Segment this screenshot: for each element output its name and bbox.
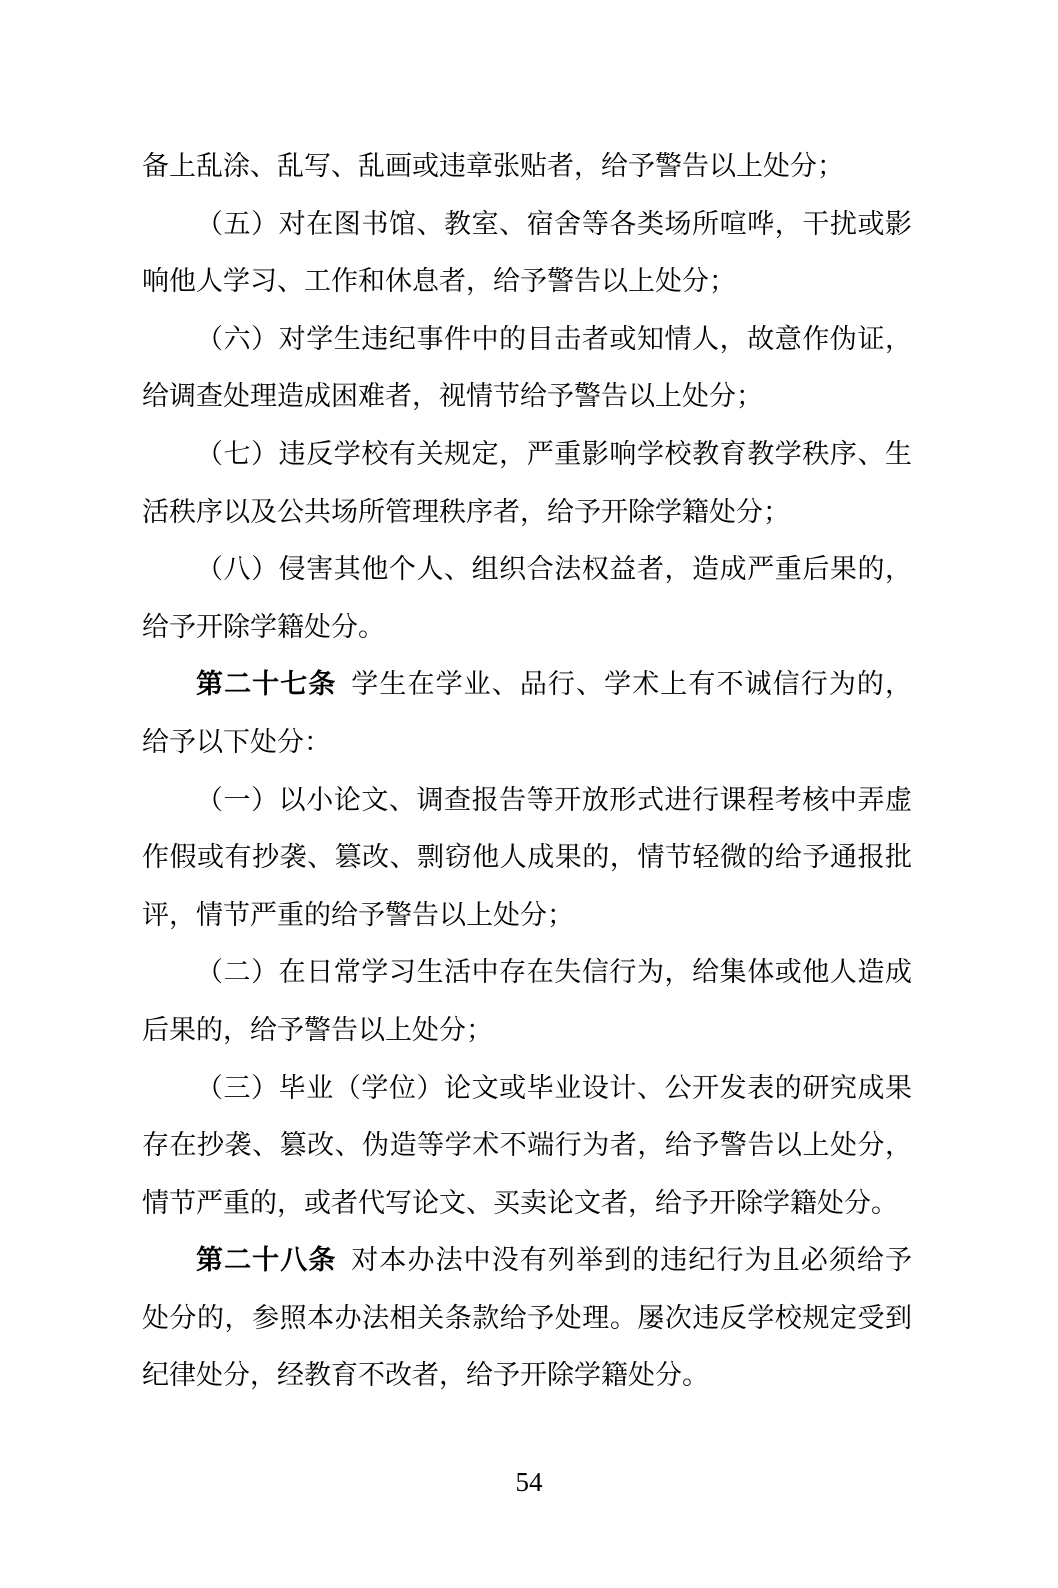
text-line: （二）在日常学习生活中存在失信行为，给集体或他人造成	[142, 944, 912, 1002]
text-line: （七）违反学校有关规定，严重影响学校教育教学秩序、生	[142, 426, 912, 484]
article-heading-line: 第二十七条学生在学业、品行、学术上有不诚信行为的，	[142, 656, 912, 714]
text-line: 活秩序以及公共场所管理秩序者，给予开除学籍处分；	[142, 484, 912, 542]
text-line: 后果的，给予警告以上处分；	[142, 1002, 912, 1060]
text-line: （六）对学生违纪事件中的目击者或知情人，故意作伪证，	[142, 311, 912, 369]
text-line: （八）侵害其他个人、组织合法权益者，造成严重后果的，	[142, 541, 912, 599]
document-body: 备上乱涂、乱写、乱画或违章张贴者，给予警告以上处分；（五）对在图书馆、教室、宿舍…	[142, 138, 912, 1405]
text-line: （五）对在图书馆、教室、宿舍等各类场所喧哗，干扰或影	[142, 196, 912, 254]
text-line: 给予以下处分：	[142, 714, 912, 772]
article-number: 第二十八条	[196, 1245, 336, 1275]
text-line: 评，情节严重的给予警告以上处分；	[142, 887, 912, 945]
text-line: 作假或有抄袭、篡改、剽窃他人成果的，情节轻微的给予通报批	[142, 829, 912, 887]
text-line: 备上乱涂、乱写、乱画或违章张贴者，给予警告以上处分；	[142, 138, 912, 196]
article-heading-text: 学生在学业、品行、学术上有不诚信行为的，	[351, 669, 912, 699]
text-line: 响他人学习、工作和休息者，给予警告以上处分；	[142, 253, 912, 311]
article-number: 第二十七条	[196, 669, 336, 699]
text-line: （三）毕业（学位）论文或毕业设计、公开发表的研究成果	[142, 1060, 912, 1118]
article-heading-line: 第二十八条对本办法中没有列举到的违纪行为且必须给予	[142, 1232, 912, 1290]
article-heading-text: 对本办法中没有列举到的违纪行为且必须给予	[351, 1245, 912, 1275]
text-line: 处分的，参照本办法相关条款给予处理。屡次违反学校规定受到	[142, 1290, 912, 1348]
text-line: 存在抄袭、篡改、伪造等学术不端行为者，给予警告以上处分，	[142, 1117, 912, 1175]
page-number: 54	[0, 1462, 1058, 1502]
document-page: 备上乱涂、乱写、乱画或违章张贴者，给予警告以上处分；（五）对在图书馆、教室、宿舍…	[0, 0, 1058, 1588]
text-line: 给予开除学籍处分。	[142, 599, 912, 657]
text-line: （一）以小论文、调查报告等开放形式进行课程考核中弄虚	[142, 772, 912, 830]
text-line: 情节严重的，或者代写论文、买卖论文者，给予开除学籍处分。	[142, 1175, 912, 1233]
text-line: 纪律处分，经教育不改者，给予开除学籍处分。	[142, 1347, 912, 1405]
text-line: 给调查处理造成困难者，视情节给予警告以上处分；	[142, 368, 912, 426]
